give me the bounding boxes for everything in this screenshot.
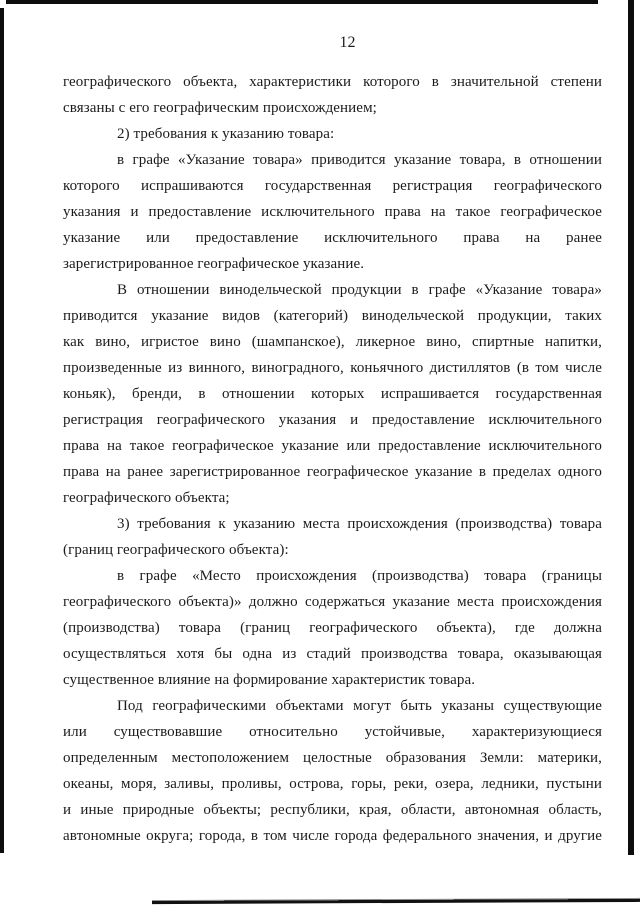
- text-line: указания и предоставление исключительног…: [63, 199, 602, 225]
- text-line: в графе «Место происхождения (производст…: [63, 563, 602, 589]
- text-line: коньяк), бренди, в отношении которых исп…: [63, 381, 602, 407]
- text-line: существенное влияние на формирование хар…: [63, 667, 602, 693]
- text-line: регистрация географического указания и п…: [63, 407, 602, 433]
- text-line: осуществляться хотя бы одна из стадий пр…: [63, 641, 602, 667]
- text-line: определенным местоположением целостные о…: [63, 745, 602, 771]
- text-body: географического объекта, характеристики …: [63, 69, 602, 849]
- text-line: в графе «Указание товара» приводится ука…: [63, 147, 602, 173]
- text-line: (производства) товара (границ географиче…: [63, 615, 602, 641]
- text-line: Под географическими объектами могут быть…: [63, 693, 602, 719]
- text-line: приводится указание видов (категорий) ви…: [63, 303, 602, 329]
- scan-border-top: [6, 0, 598, 4]
- text-line: 3) требования к указанию места происхожд…: [63, 511, 602, 537]
- scan-border-right: [628, 0, 634, 855]
- text-line: указание или предоставление исключительн…: [63, 225, 602, 251]
- text-line: как вино, игристое вино (шампанское), ли…: [63, 329, 602, 355]
- text-line: произведенные из винного, виноградного, …: [63, 355, 602, 381]
- text-line: или существовавшие относительно устойчив…: [63, 719, 602, 745]
- text-line: и иные природные объекты; республики, кр…: [63, 797, 602, 823]
- text-line: В отношении винодельческой продукции в г…: [63, 277, 602, 303]
- text-line: автономные округа; города, в том числе г…: [63, 823, 602, 849]
- text-line: географического объекта)» должно содержа…: [63, 589, 602, 615]
- scan-border-bottom: [152, 898, 640, 904]
- document-page: 12 географического объекта, характеристи…: [0, 0, 640, 905]
- text-line: зарегистрированное географическое указан…: [63, 251, 602, 277]
- text-line: которого испрашиваются государственная р…: [63, 173, 602, 199]
- text-line: океаны, моря, заливы, проливы, острова, …: [63, 771, 602, 797]
- text-line: права на ранее зарегистрированное геогра…: [63, 459, 602, 485]
- text-line: географического объекта;: [63, 485, 602, 511]
- text-line: (границ географического объекта):: [63, 537, 602, 563]
- text-line: связаны с его географическим происхожден…: [63, 95, 602, 121]
- text-line: географического объекта, характеристики …: [63, 69, 602, 95]
- text-line: 2) требования к указанию товара:: [63, 121, 602, 147]
- scan-border-left: [0, 8, 4, 853]
- page-number: 12: [63, 33, 602, 53]
- text-line: права на такое географическое указание и…: [63, 433, 602, 459]
